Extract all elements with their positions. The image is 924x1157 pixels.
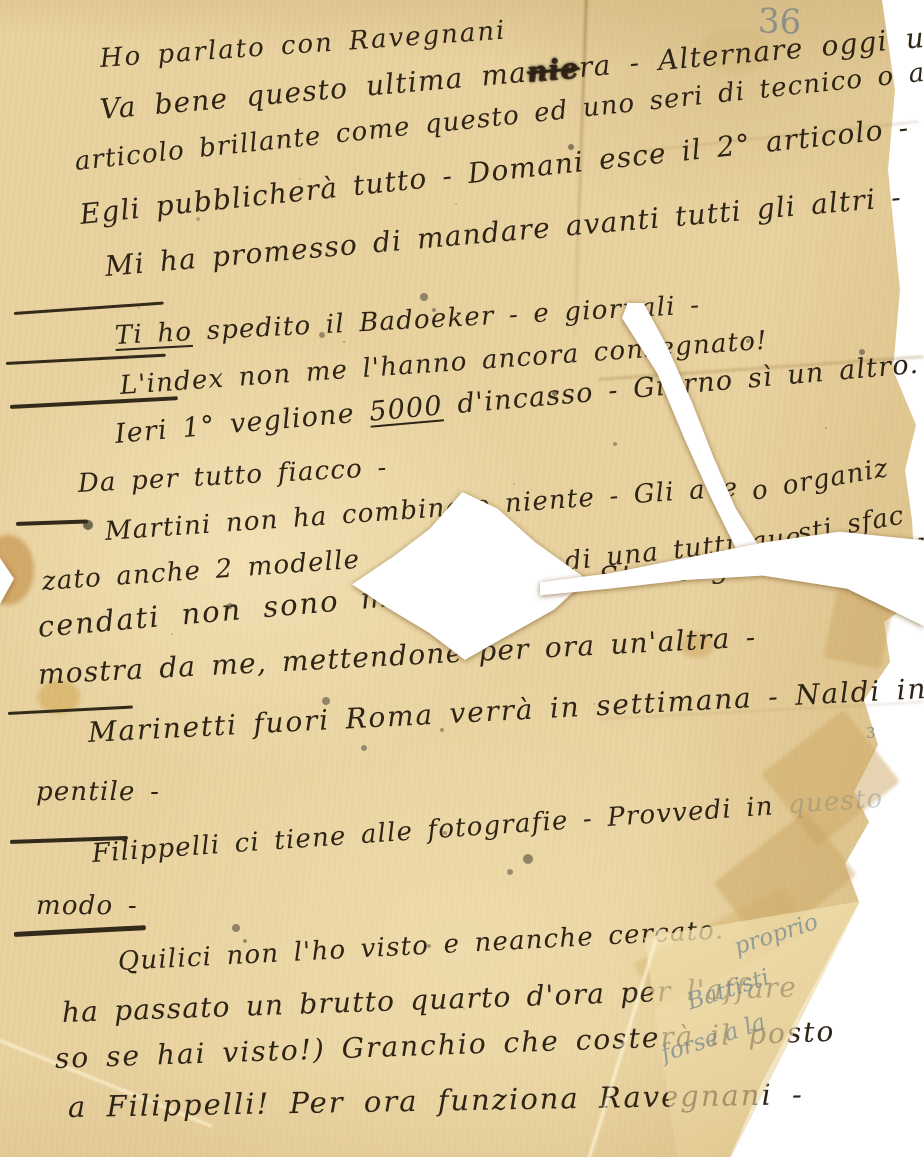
struck-word: nie — [525, 51, 580, 88]
handwritten-line: pentile - — [36, 778, 160, 807]
underlined-text: Ti ho — [114, 317, 193, 351]
paper-edge-notch — [0, 558, 14, 604]
faded-word: questo — [787, 784, 884, 821]
scanned-letter: Ho parlato con Ravegnani Va bene questo … — [0, 0, 924, 1157]
paper-tear-horizontal — [540, 525, 924, 635]
handwritten-line: modo - — [36, 892, 138, 921]
underlined-text: 5000 — [368, 390, 444, 427]
paper-tear-diagonal — [622, 303, 757, 553]
page-number-pencil: 36 — [757, 1, 802, 42]
ink-stains — [0, 0, 8, 8]
margin-mark: 3 — [866, 724, 876, 742]
